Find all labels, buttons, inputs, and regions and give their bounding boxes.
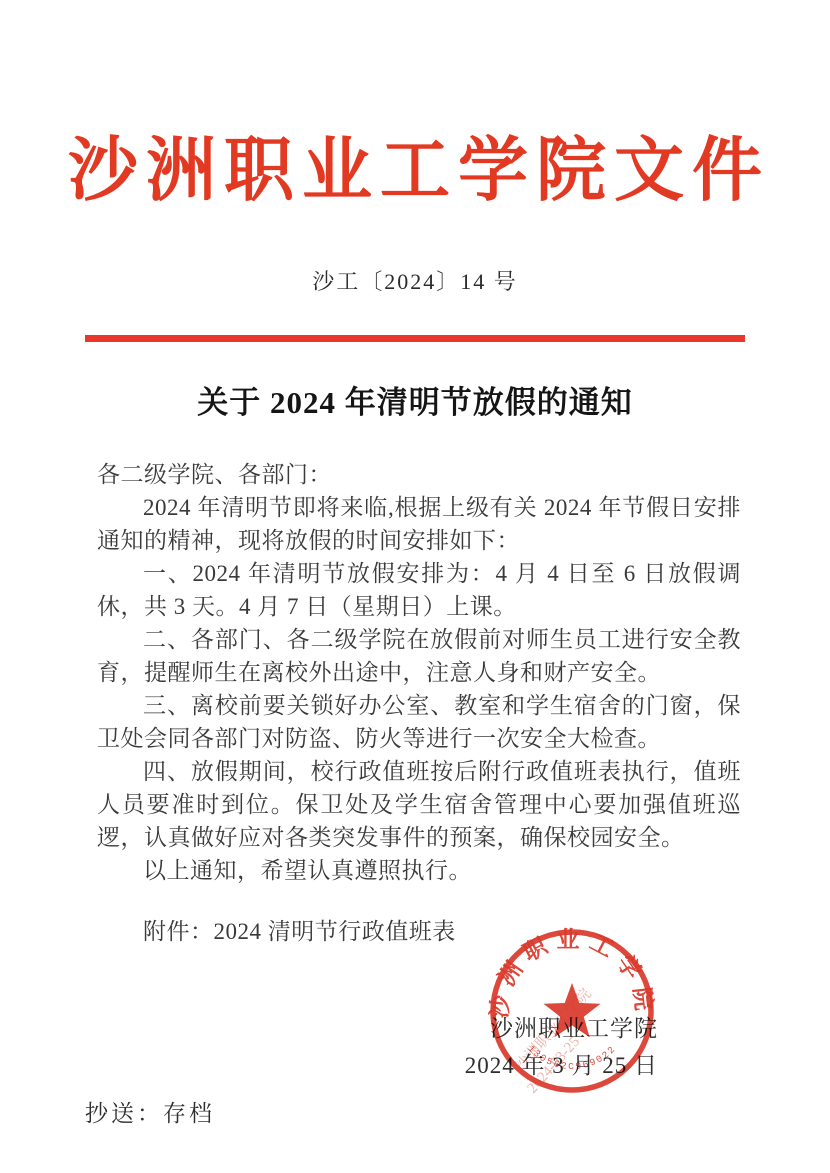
cc-line: 抄送：存档 (85, 1095, 215, 1128)
body-paragraph: 以上通知，希望认真遵照执行。 (97, 854, 741, 887)
body-paragraph: 二、各部门、各二级学院在放假前对师生员工进行安全教育，提醒师生在离校外出途中，注… (97, 623, 741, 689)
signature-date: 2024 年 3 月 25 日 (0, 1047, 658, 1084)
attachment-line: 附件：2024 清明节行政值班表 (97, 915, 741, 948)
signature-org: 沙洲职业工学院 (0, 1010, 658, 1047)
red-divider-line (85, 335, 745, 342)
document-title: 关于 2024 年清明节放假的通知 (0, 384, 830, 422)
red-header-banner: 沙洲职业工学院文件 (0, 0, 830, 217)
document-number: 沙工〔2024〕14 号 (0, 267, 830, 297)
signature-block: 沙洲职业工学院 2024 年 3 月 25 日 (0, 1010, 658, 1084)
document-page: 沙洲职业工学院文件 沙工〔2024〕14 号 关于 2024 年清明节放假的通知… (0, 0, 830, 1173)
salutation: 各二级学院、各部门： (97, 458, 741, 491)
body-paragraph: 一、2024 年清明节放假安排为：4 月 4 日至 6 日放假调休，共 3 天。… (97, 557, 741, 623)
body-paragraph: 2024 年清明节即将来临,根据上级有关 2024 年节假日安排通知的精神，现将… (97, 491, 741, 557)
body-paragraph: 四、放假期间，校行政值班按后附行政值班表执行，值班人员要准时到位。保卫处及学生宿… (97, 755, 741, 854)
document-body: 各二级学院、各部门： 2024 年清明节即将来临,根据上级有关 2024 年节假… (97, 458, 741, 887)
body-paragraph: 三、离校前要关锁好办公室、教室和学生宿舍的门窗，保卫处会同各部门对防盗、防火等进… (97, 689, 741, 755)
